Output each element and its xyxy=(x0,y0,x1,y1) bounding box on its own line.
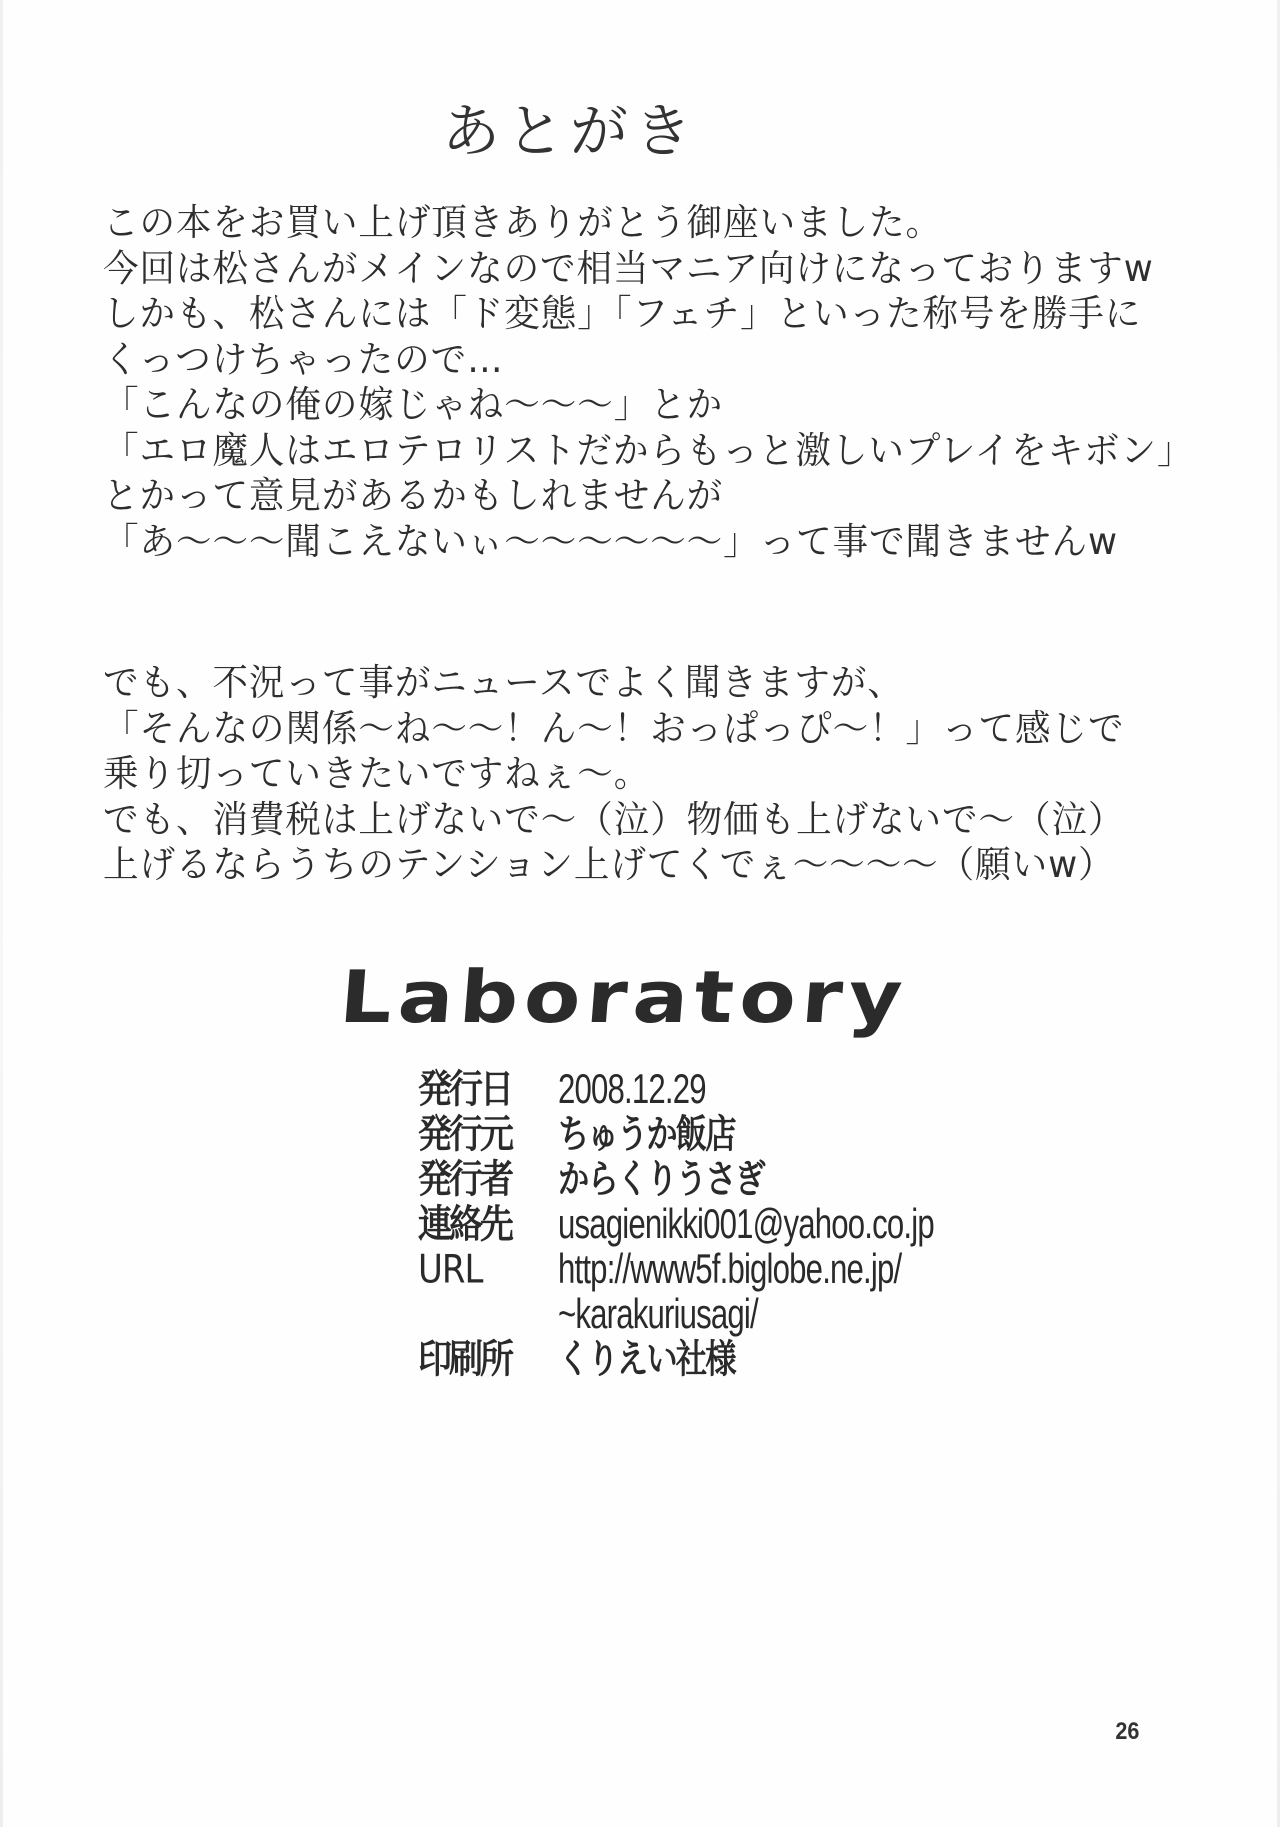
body-line: でも、消費税は上げないで〜（泣）物価も上げないで〜（泣） xyxy=(103,797,1159,843)
colophon-row-contact: 連絡先 usagienikki001@yahoo.co.jp xyxy=(418,1203,978,1248)
contact-email: usagienikki001@yahoo.co.jp xyxy=(558,1201,934,1251)
colophon-row-url-continuation: ~karakuriusagi/ xyxy=(418,1293,978,1338)
colophon-value: 2008.12.29 xyxy=(558,1066,706,1116)
page-number: 26 xyxy=(1115,1718,1139,1746)
colophon-label: URL xyxy=(418,1245,538,1297)
body-line: 「こんなの俺の嫁じゃね〜〜〜」とか xyxy=(103,382,1159,428)
colophon-label: 発行者 xyxy=(418,1155,538,1207)
body-line: 「エロ魔人はエロテロリストだからもっと激しいプレイをキボン」 xyxy=(103,428,1159,474)
website-url-continuation: ~karakuriusagi/ xyxy=(558,1291,758,1341)
colophon-value: からくりうさぎ xyxy=(558,1155,764,1207)
body-line: くっつけちゃったので… xyxy=(103,337,1159,383)
afterword-page: あとがき この本をお買い上げ頂きありがとう御座いました。 今回は松さんがメインな… xyxy=(0,0,1280,1827)
colophon-row-url: URL http://www5f.biglobe.ne.jp/ xyxy=(418,1248,978,1293)
colophon-row-printer: 印刷所 くりえい社様 xyxy=(418,1338,978,1383)
afterword-paragraph-1: この本をお買い上げ頂きありがとう御座いました。 今回は松さんがメインなので相当マ… xyxy=(103,200,1203,564)
colophon-row-author: 発行者 からくりうさぎ xyxy=(418,1158,978,1203)
colophon-row-issue-date: 発行日 2008.12.29 xyxy=(418,1068,978,1113)
body-line: この本をお買い上げ頂きありがとう御座いました。 xyxy=(103,200,1159,246)
colophon-row-publisher: 発行元 ちゅうか飯店 xyxy=(418,1113,978,1158)
circle-logo: Laboratory xyxy=(337,954,864,1042)
colophon-value: ちゅうか飯店 xyxy=(558,1110,735,1162)
body-line: しかも、松さんには「ド変態」「フェチ」といった称号を勝手に xyxy=(103,291,1159,337)
body-line: 「そんなの関係〜ね〜〜！ん〜！おっぱっぴ〜！」って感じで xyxy=(103,706,1159,752)
body-line: 今回は松さんがメインなので相当マニア向けになっておりますw xyxy=(103,246,1159,292)
colophon-label: 発行日 xyxy=(418,1065,538,1117)
body-line: でも、不況って事がニュースでよく聞きますが、 xyxy=(103,660,1159,706)
body-line: 乗り切っていきたいですねぇ〜。 xyxy=(103,751,1159,797)
colophon-label: 印刷所 xyxy=(418,1335,538,1387)
colophon-value: くりえい社様 xyxy=(558,1335,735,1387)
body-line: 「あ〜〜〜聞こえないぃ〜〜〜〜〜〜」って事で聞きませんw xyxy=(103,519,1159,565)
colophon: 発行日 2008.12.29 発行元 ちゅうか飯店 発行者 からくりうさぎ 連絡… xyxy=(418,1068,978,1383)
body-line: 上げるならうちのテンション上げてくでぇ〜〜〜〜（願いw） xyxy=(103,842,1159,888)
body-line: とかって意見があるかもしれませんが xyxy=(103,473,1159,519)
colophon-label: 発行元 xyxy=(418,1110,538,1162)
scan-edge-left xyxy=(0,0,3,1827)
afterword-paragraph-2: でも、不況って事がニュースでよく聞きますが、 「そんなの関係〜ね〜〜！ん〜！おっ… xyxy=(103,660,1203,888)
colophon-label: 連絡先 xyxy=(418,1200,538,1252)
page-title: あとがき xyxy=(440,96,700,166)
website-url: http://www5f.biglobe.ne.jp/ xyxy=(558,1246,901,1296)
